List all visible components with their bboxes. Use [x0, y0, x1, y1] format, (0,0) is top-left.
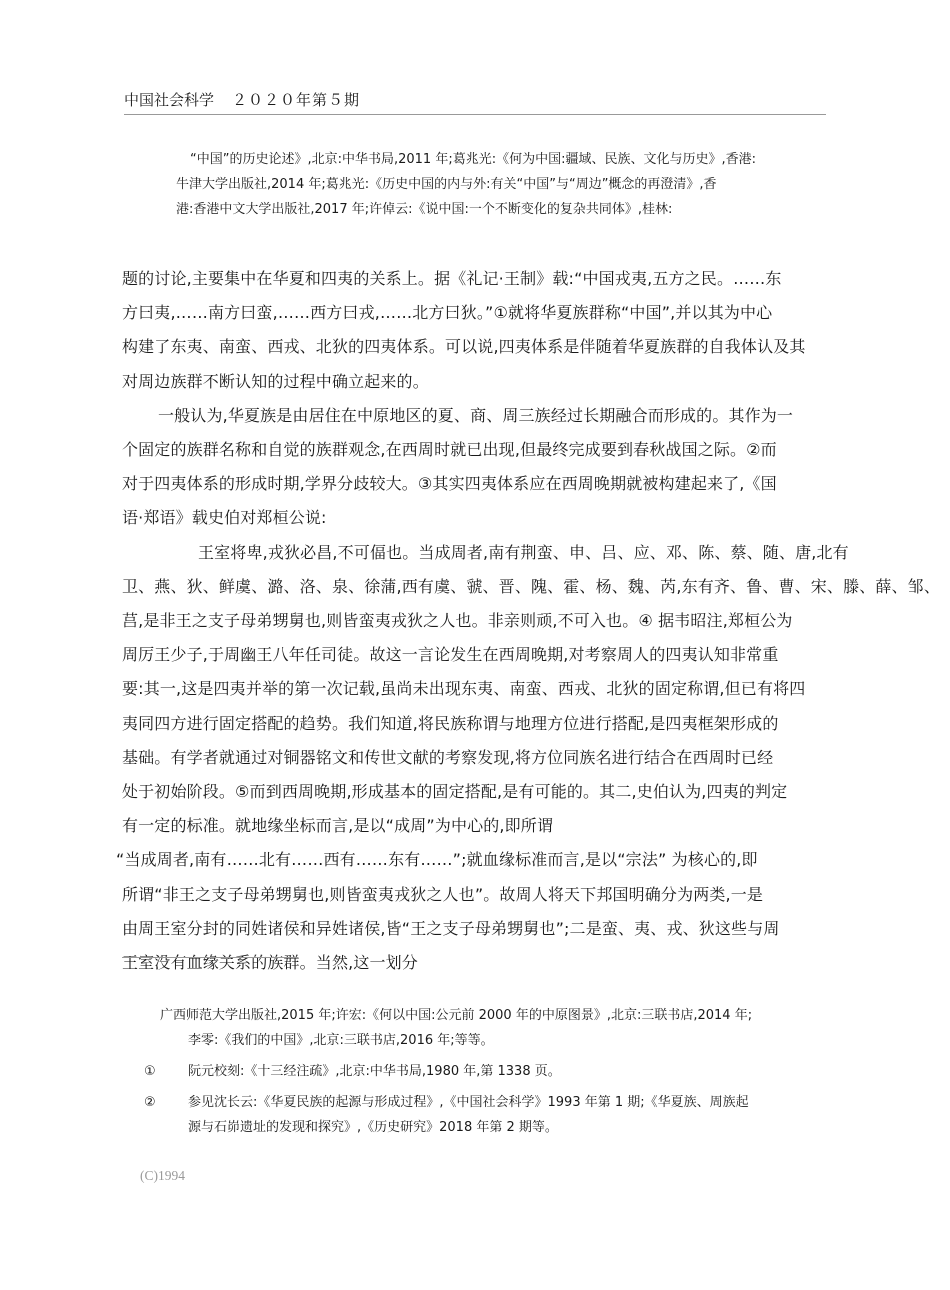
journal-title: 中国社会科学	[124, 90, 214, 110]
footnote-continued-top: “中国”的历史论述》,北京:中华书局,2011 年;葛兆光:《何为中国:疆域、民…	[190, 147, 840, 222]
footnote-2: ② 参见沈长云:《华夏民族的起源与形成过程》,《中国社会科学》1993 年第 1…	[122, 1090, 842, 1140]
issue-number: ２０２０年第５期	[232, 90, 360, 110]
body-line: 夷同四方进行固定搭配的趋势。我们知道,将民族称谓与地理方位进行搭配,是四夷框架形…	[122, 707, 832, 741]
body-line: 构建了东夷、南蛮、西戎、北狄的四夷体系。可以说,四夷体系是伴随着华夏族群的自我体…	[122, 330, 832, 364]
body-line: 方曰夷,……南方曰蛮,……西方曰戎,……北方曰狄。”①就将华夏族群称“中国”,并…	[122, 296, 832, 330]
footnote-marker: ①	[122, 1059, 188, 1084]
block-quote-line: 卫、燕、狄、鲜虞、潞、洛、泉、徐蒲,西有虞、虢、晋、隗、霍、杨、魏、芮,东有齐、…	[122, 570, 832, 604]
body-line: 对于四夷体系的形成时期,学界分歧较大。③其实四夷体系应在西周晚期就被构建起来了,…	[122, 467, 832, 501]
footnote-line: 李零:《我们的中国》,北京:三联书店,2016 年;等等。	[122, 1028, 842, 1053]
block-quote-line: 王室将卑,戎狄必昌,不可偪也。当成周者,南有荆蛮、申、吕、应、邓、陈、蔡、随、唐…	[122, 536, 832, 570]
footnote-line: 牛津大学出版社,2014 年;葛兆光:《历史中国的内与外:有关“中国”与“周边”…	[176, 172, 840, 197]
body-line: 语·郑语》载史伯对郑桓公说:	[122, 501, 832, 535]
body-line: 基础。有学者就通过对铜器铭文和传世文献的考察发现,将方位同族名进行结合在西周时已…	[122, 741, 832, 775]
body-line: “当成周者,南有……北有……西有……东有……”;就血缘标准而言,是以“宗法” 为…	[116, 843, 832, 877]
footnote-1: ① 阮元校刻:《十三经注疏》,北京:中华书局,1980 年,第 1338 页。	[122, 1059, 842, 1084]
body-line: 对周边族群不断认知的过程中确立起来的。	[122, 365, 832, 399]
footnote-line: 广西师范大学出版社,2015 年;许宏:《何以中国:公元前 2000 年的中原图…	[122, 1003, 842, 1028]
footnote-text: 参见沈长云:《华夏民族的起源与形成过程》,《中国社会科学》1993 年第 1 期…	[188, 1090, 842, 1115]
body-line: 个固定的族群名称和自觉的族群观念,在西周时就已出现,但最终完成要到春秋战国之际。…	[122, 433, 832, 467]
body-line: 所谓“非王之支子母弟甥舅也,则皆蛮夷戎狄之人也”。故周人将天下邦国明确分为两类,…	[122, 878, 832, 912]
body-line: 有一定的标准。就地缘坐标而言,是以“成周”为中心的,即所谓	[122, 809, 832, 843]
body-line: 处于初始阶段。⑤而到西周晚期,形成基本的固定搭配,是有可能的。其二,史伯认为,四…	[122, 775, 832, 809]
footnote-line: 港:香港中文大学出版社,2017 年;许倬云:《说中国:一个不断变化的复杂共同体…	[176, 197, 840, 222]
copyright-notice: (C)1994	[140, 1168, 185, 1184]
footnote-line: “中国”的历史论述》,北京:中华书局,2011 年;葛兆光:《何为中国:疆域、民…	[190, 147, 840, 172]
body-line: 由周王室分封的同姓诸侯和异姓诸侯,皆“王之支子母弟甥舅也”;二是蛮、夷、戎、狄这…	[122, 912, 832, 946]
footnote-text: 源与石峁遗址的发现和探究》,《历史研究》2018 年第 2 期等。	[188, 1115, 842, 1140]
body-line: 题的讨论,主要集中在华夏和四夷的关系上。据《礼记·王制》载:“中国戎夷,五方之民…	[122, 262, 832, 296]
body-line: 一般认为,华夏族是由居住在中原地区的夏、商、周三族经过长期融合而形成的。其作为一	[122, 399, 832, 433]
body-line: 莒,是非王之支子母弟甥舅也,则皆蛮夷戎狄之人也。非亲则顽,不可入也。④ 据韦昭注…	[122, 604, 832, 638]
body-line: 王室没有血缘关系的族群。当然,这一划分	[122, 946, 832, 980]
footnote-separator	[122, 957, 298, 958]
body-line: 周厉王少子,于周幽王八年任司徒。故这一言论发生在西周晚期,对考察周人的四夷认知非…	[122, 638, 832, 672]
running-header: 中国社会科学２０２０年第５期	[124, 90, 826, 115]
main-body-text: 题的讨论,主要集中在华夏和四夷的关系上。据《礼记·王制》载:“中国戎夷,五方之民…	[122, 262, 832, 980]
footnote-marker: ②	[122, 1090, 188, 1140]
body-line: 要:其一,这是四夷并举的第一次记载,虽尚未出现东夷、南蛮、西戎、北狄的固定称谓,…	[122, 672, 832, 706]
footnotes-bottom: 广西师范大学出版社,2015 年;许宏:《何以中国:公元前 2000 年的中原图…	[122, 1003, 842, 1140]
footnote-text: 阮元校刻:《十三经注疏》,北京:中华书局,1980 年,第 1338 页。	[188, 1059, 842, 1084]
